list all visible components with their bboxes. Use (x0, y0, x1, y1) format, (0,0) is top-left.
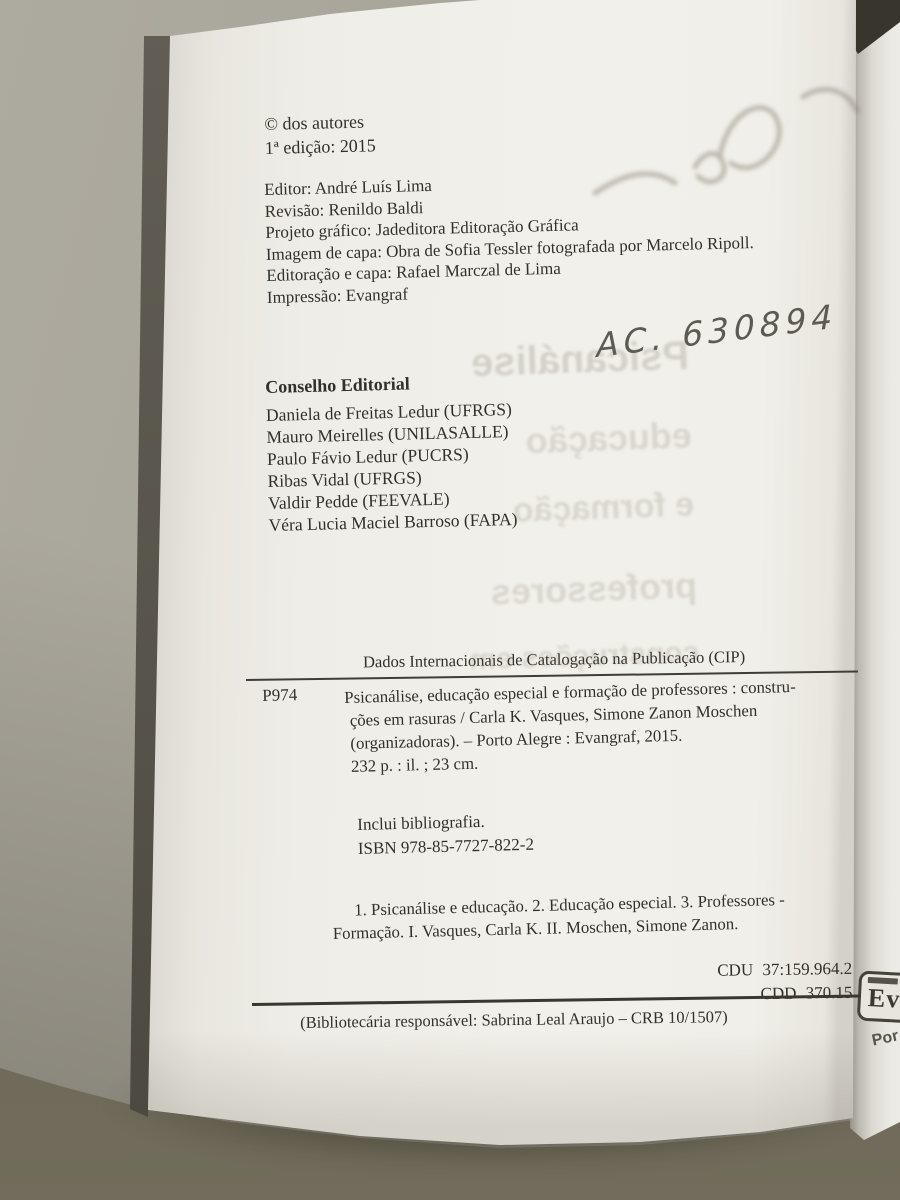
isbn-line: ISBN 978-85-7727-822-2 (358, 833, 535, 861)
bleedthrough-title: Psicanálise educação e formação professo… (426, 330, 700, 679)
cdd-line: CDD 370.15 (556, 980, 852, 1008)
cip-entry: Psicanálise, educação especial e formaçã… (344, 675, 798, 778)
cip-call-number: P974 (262, 685, 297, 706)
bleedthrough-word: professores (434, 565, 697, 614)
bleedthrough-handwriting (555, 45, 885, 245)
copyright-line: © dos autores (264, 109, 375, 136)
bleedthrough-word: e formação (432, 485, 695, 532)
bleedthrough-word: construções em (437, 635, 700, 678)
colophon-top: © dos autores 1ª edição: 2015 (264, 109, 376, 160)
bleedthrough-word: Psicanálise (426, 334, 689, 387)
bleedthrough-word: educação (429, 415, 692, 464)
page-content: Psicanálise educação e formação professo… (0, 0, 900, 1200)
cip-notes: Inclui bibliografia. ISBN 978-85-7727-82… (357, 809, 534, 861)
edition-line: 1ª edição: 2015 (265, 133, 376, 160)
cip-subjects: 1. Psicanálise e educação. 2. Educação e… (332, 888, 786, 945)
book-photo: Ev Por Psicanálise educação e formação p… (0, 0, 900, 1200)
